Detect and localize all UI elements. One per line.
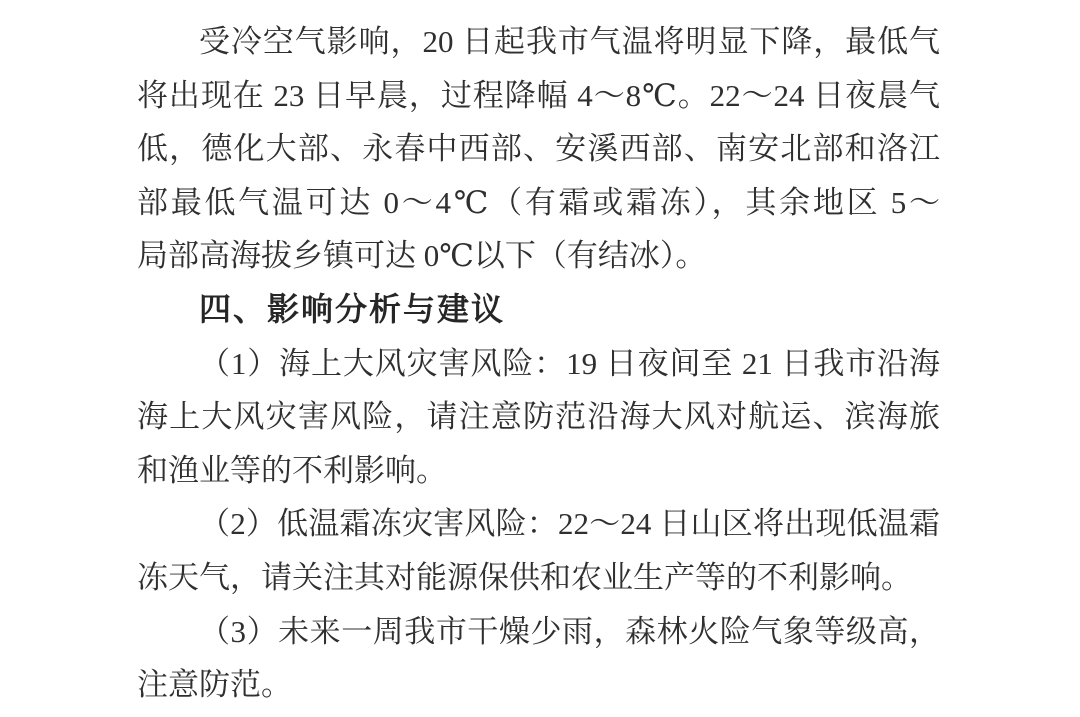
paragraph-line: （2）低温霜冻灾害风险：22～24 日山区将出现低温霜 xyxy=(137,497,940,551)
paragraph-line: （3）未来一周我市干燥少雨，森林火险气象等级高，请 xyxy=(137,605,940,659)
paragraph-line: 低，德化大部、永春中西部、安溪西部、南安北部和洛江北 xyxy=(137,122,940,176)
section-heading: 四、影响分析与建议 xyxy=(137,283,940,337)
paragraph-line: 注意防范。 xyxy=(137,658,940,712)
paragraph-line: 局部高海拔乡镇可达 0℃以下（有结冰）。 xyxy=(137,229,940,283)
paragraph-line: 冻天气，请关注其对能源保供和农业生产等的不利影响。 xyxy=(137,551,940,605)
paragraph-line: 和渔业等的不利影响。 xyxy=(137,444,940,498)
paragraph-line: 部最低气温可达 0～4℃（有霜或霜冻），其余地区 5～9℃； xyxy=(137,176,940,230)
paragraph-line: （1）海上大风灾害风险：19 日夜间至 21 日我市沿海有 xyxy=(137,337,940,391)
document-page: 受冷空气影响，20 日起我市气温将明显下降，最低气温 将出现在 23 日早晨，过… xyxy=(0,0,1080,717)
paragraph-line: 受冷空气影响，20 日起我市气温将明显下降，最低气温 xyxy=(137,15,940,69)
paragraph-line: 将出现在 23 日早晨，过程降幅 4～8℃。22～24 日夜晨气温 xyxy=(137,69,940,123)
paragraph-line: 海上大风灾害风险，请注意防范沿海大风对航运、滨海旅游 xyxy=(137,390,940,444)
weather-advisory-text: 受冷空气影响，20 日起我市气温将明显下降，最低气温 将出现在 23 日早晨，过… xyxy=(137,15,940,712)
